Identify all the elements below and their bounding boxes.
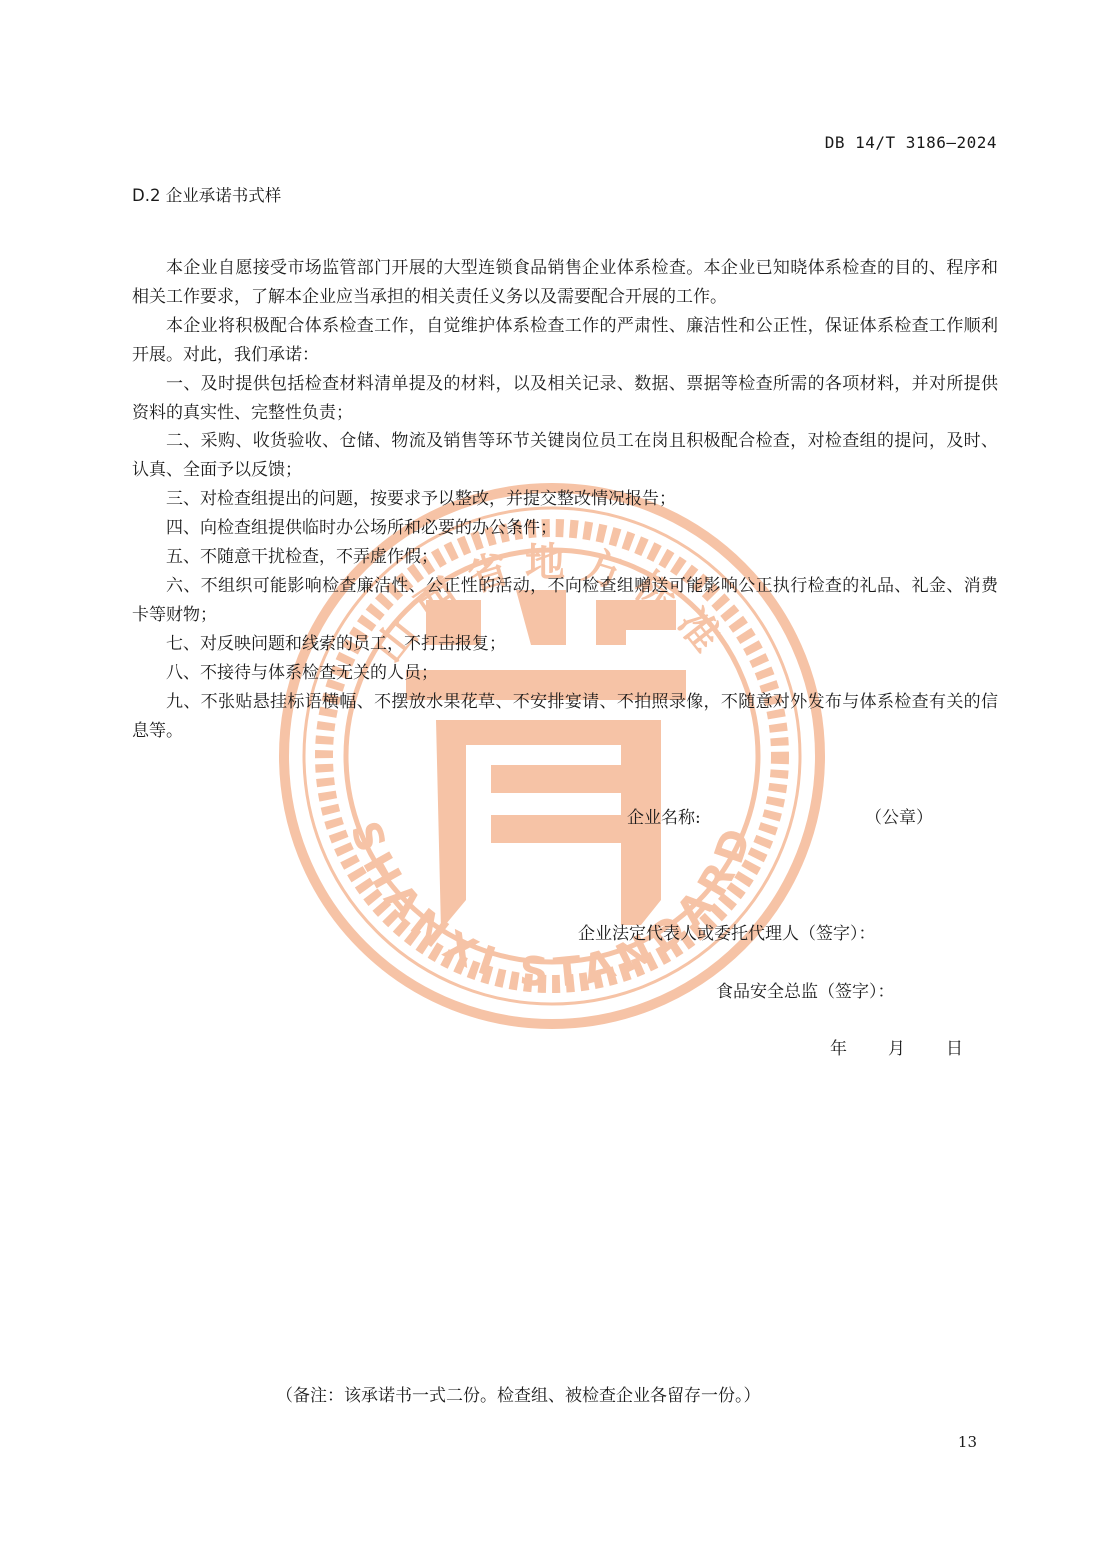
pledge-item-1: 一、及时提供包括检查材料清单提及的材料，以及相关记录、数据、票据等检查所需的各项… [132, 370, 998, 428]
pledge-item-3: 三、对检查组提出的问题，按要求予以整改，并提交整改情况报告； [132, 485, 998, 514]
date-day-label: 日 [946, 1034, 963, 1059]
footnote: （备注：该承诺书一式二份。检查组、被检查企业各留存一份。） [276, 1381, 761, 1406]
pledge-body: 本企业自愿接受市场监管部门开展的大型连锁食品销售企业体系检查。本企业已知晓体系检… [132, 254, 998, 745]
pledge-item-4: 四、向检查组提供临时办公场所和必要的办公条件； [132, 514, 998, 543]
page-number: 13 [958, 1433, 977, 1451]
pledge-item-9: 九、不张贴悬挂标语横幅、不摆放水果花草、不安排宴请、不拍照录像，不随意对外发布与… [132, 688, 998, 746]
seal-label: （公章） [865, 803, 933, 828]
date-year-label: 年 [830, 1034, 847, 1059]
pledge-item-8: 八、不接待与体系检查无关的人员； [132, 659, 998, 688]
standard-code: DB 14/T 3186—2024 [825, 133, 997, 152]
date-month-label: 月 [888, 1034, 905, 1059]
paragraph-intro: 本企业自愿接受市场监管部门开展的大型连锁食品销售企业体系检查。本企业已知晓体系检… [132, 254, 998, 312]
document-page: DB 14/T 3186—2024 D.2 企业承诺书式样 本企业自愿接受市场监… [0, 0, 1102, 1559]
pledge-item-7: 七、对反映问题和线索的员工，不打击报复； [132, 630, 998, 659]
legal-rep-signature-label: 企业法定代表人或委托代理人（签字）： [578, 919, 876, 944]
food-safety-director-signature-label: 食品安全总监（签字）： [716, 977, 895, 1002]
pledge-item-2: 二、采购、收货验收、仓储、物流及销售等环节关键岗位员工在岗且积极配合检查，对检查… [132, 427, 998, 485]
pledge-item-5: 五、不随意干扰检查，不弄虚作假； [132, 543, 998, 572]
company-name-label: 企业名称: [627, 803, 701, 828]
section-title: D.2 企业承诺书式样 [132, 182, 281, 206]
paragraph-commit: 本企业将积极配合体系检查工作，自觉维护体系检查工作的严肃性、廉洁性和公正性，保证… [132, 312, 998, 370]
pledge-item-6: 六、不组织可能影响检查廉洁性、公正性的活动，不向检查组赠送可能影响公正执行检查的… [132, 572, 998, 630]
